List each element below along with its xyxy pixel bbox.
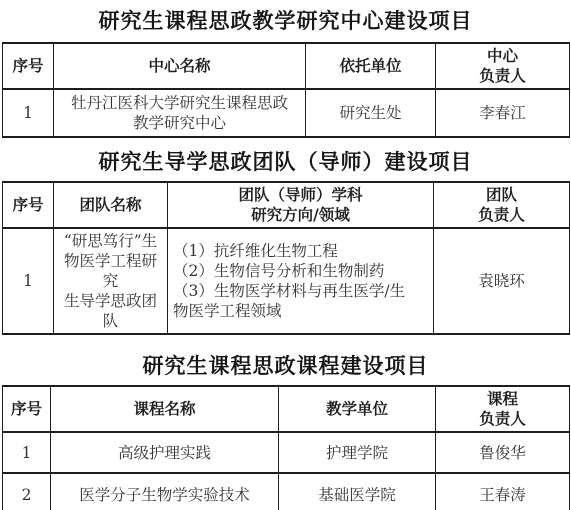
header-team-leader: 团队 负责人 bbox=[434, 182, 570, 228]
center-leader-cell: 李春江 bbox=[436, 89, 570, 137]
header-team-name: 团队名称 bbox=[54, 182, 168, 228]
team-name-cell: “研思笃行”生 物医学工程研究 生导学思政团队 bbox=[54, 228, 168, 334]
center-name-cell: 牡丹江医科大学研究生课程思政 教学研究中心 bbox=[54, 89, 306, 137]
section-team-projects: 研究生导学思政团队（导师）建设项目 序号 团队名称 团队（导师）学科 研究方向/… bbox=[2, 150, 569, 335]
team-projects-table: 序号 团队名称 团队（导师）学科 研究方向/领域 团队 负责人 1 “研思笃行”… bbox=[2, 181, 570, 335]
supporting-unit-cell: 研究生处 bbox=[306, 89, 436, 137]
teaching-unit-cell: 护理学院 bbox=[279, 432, 436, 473]
table-row: 1 高级护理实践 护理学院 鲁俊华 bbox=[3, 432, 570, 473]
section-course-projects: 研究生课程思政课程建设项目 序号 课程名称 教学单位 课程 负责人 1 高级护理… bbox=[2, 354, 569, 510]
section-title-team-projects: 研究生导学思政团队（导师）建设项目 bbox=[2, 150, 569, 173]
teaching-unit-cell: 基础医学院 bbox=[279, 473, 436, 510]
table-row: 1 牡丹江医科大学研究生课程思政 教学研究中心 研究生处 李春江 bbox=[3, 89, 570, 137]
header-serial-number: 序号 bbox=[3, 43, 54, 89]
table-header-row: 序号 团队名称 团队（导师）学科 研究方向/领域 团队 负责人 bbox=[3, 182, 570, 228]
document: 研究生课程思政教学研究中心建设项目 序号 中心名称 依托单位 中心 负责人 1 … bbox=[2, 0, 569, 510]
table-header-row: 序号 中心名称 依托单位 中心 负责人 bbox=[3, 43, 570, 89]
section-title-center-projects: 研究生课程思政教学研究中心建设项目 bbox=[2, 0, 569, 32]
serial-number-cell: 1 bbox=[3, 89, 54, 137]
center-projects-table: 序号 中心名称 依托单位 中心 负责人 1 牡丹江医科大学研究生课程思政 教学研… bbox=[2, 42, 570, 138]
header-course-leader: 课程 负责人 bbox=[436, 386, 570, 432]
header-center-name: 中心名称 bbox=[54, 43, 306, 89]
team-leader-cell: 袁晓环 bbox=[434, 228, 570, 334]
course-projects-table: 序号 课程名称 教学单位 课程 负责人 1 高级护理实践 护理学院 鲁俊华 2 … bbox=[2, 385, 570, 510]
header-center-leader: 中心 负责人 bbox=[436, 43, 570, 89]
serial-number-cell: 1 bbox=[3, 432, 51, 473]
section-title-course-projects: 研究生课程思政课程建设项目 bbox=[2, 354, 569, 377]
table-row: 1 “研思笃行”生 物医学工程研究 生导学思政团队 （1）抗纤维化生物工程 （2… bbox=[3, 228, 570, 334]
header-serial-number: 序号 bbox=[3, 182, 54, 228]
header-research-directions: 团队（导师）学科 研究方向/领域 bbox=[168, 182, 434, 228]
header-serial-number: 序号 bbox=[3, 386, 51, 432]
course-leader-cell: 鲁俊华 bbox=[436, 432, 570, 473]
table-row: 2 医学分子生物学实验技术 基础医学院 王春涛 bbox=[3, 473, 570, 510]
table-header-row: 序号 课程名称 教学单位 课程 负责人 bbox=[3, 386, 570, 432]
header-course-name: 课程名称 bbox=[51, 386, 279, 432]
course-name-cell: 高级护理实践 bbox=[51, 432, 279, 473]
serial-number-cell: 2 bbox=[3, 473, 51, 510]
course-leader-cell: 王春涛 bbox=[436, 473, 570, 510]
header-teaching-unit: 教学单位 bbox=[279, 386, 436, 432]
course-name-cell: 医学分子生物学实验技术 bbox=[51, 473, 279, 510]
header-supporting-unit: 依托单位 bbox=[306, 43, 436, 89]
section-center-projects: 研究生课程思政教学研究中心建设项目 序号 中心名称 依托单位 中心 负责人 1 … bbox=[2, 0, 569, 138]
serial-number-cell: 1 bbox=[3, 228, 54, 334]
research-directions-cell: （1）抗纤维化生物工程 （2）生物信号分析和生物制药 （3）生物医学材料与再生医… bbox=[168, 228, 434, 334]
